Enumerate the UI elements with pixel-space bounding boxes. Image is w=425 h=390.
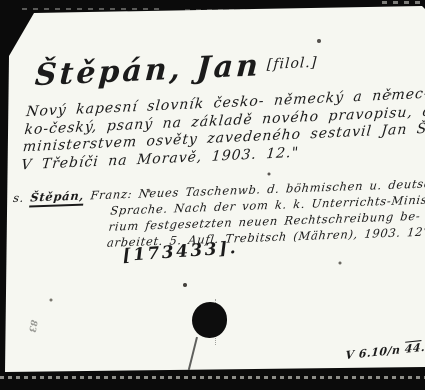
author-qualifier: [filol.] <box>266 55 317 73</box>
scanner-edge-dashes-top <box>22 8 162 10</box>
shelfmark-overlined-number: 44 <box>404 341 421 356</box>
catalog-card: Štěpán, Jan[filol.] Nový kapesní slovník… <box>0 0 425 390</box>
shelfmark-prefix: V 6.10/n <box>345 343 405 362</box>
shelfmark: V 6.10/n 44. <box>345 341 425 363</box>
see-reference-prefix: s. <box>12 190 31 205</box>
czech-title-entry: Nový kapesní slovník česko- německý a ně… <box>20 83 425 174</box>
card-heading: Štěpán, Jan[filol.] <box>34 46 318 93</box>
underlined-author-name: Štěpán, <box>29 189 84 208</box>
faint-stamp: 83 <box>26 319 38 333</box>
scanned-catalog-card-page: Štěpán, Jan[filol.] Nový kapesní slovník… <box>0 0 425 390</box>
scratch-mark <box>188 337 198 370</box>
scanner-edge-dashes-top-right <box>382 1 425 4</box>
shelfmark-suffix: . <box>420 341 425 355</box>
author-name: Štěpán, Jan <box>34 48 262 93</box>
punch-hole <box>192 302 227 338</box>
scanner-edge-dashes-bottom <box>0 376 425 379</box>
paper-specks <box>0 0 2 2</box>
